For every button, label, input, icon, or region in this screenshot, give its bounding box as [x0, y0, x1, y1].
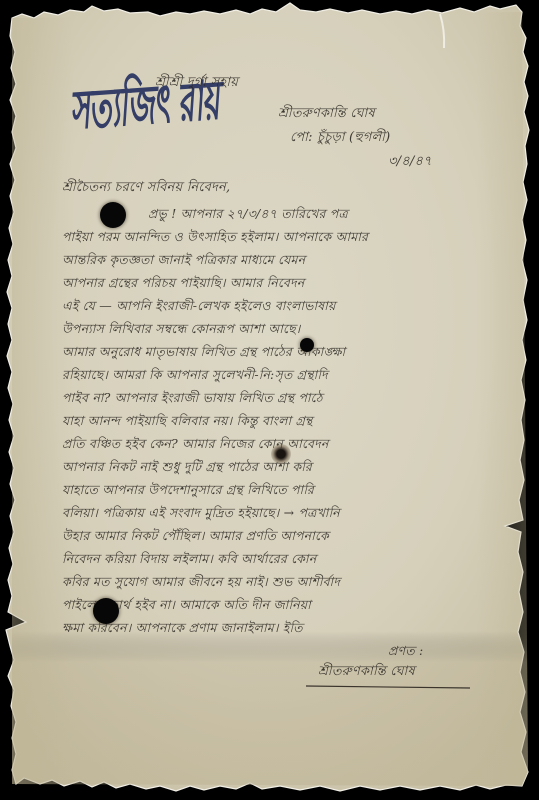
body-line: যাহাতে আপনার উপদেশানুসারে গ্রন্থ লিখিতে … [62, 482, 314, 502]
salutation: শ্রীচৈতন্য চরণে সবিনয় নিবেদন, [62, 178, 230, 199]
invocation-line: শ্রীশ্রী দুর্গা সহায় [155, 73, 238, 94]
body-line: রহিয়াছে। আমরা কি আপনার সুলেখনী-নি:সৃত গ… [62, 367, 328, 387]
body-line: পাইয়া পরম আনন্দিত ও উৎসাহিত হইলাম। আপনা… [62, 229, 368, 249]
body-line: উপন্যাস লিখিবার সম্বন্ধে কোনরূপ আশা আছে। [62, 321, 300, 341]
body-line: পাইব না? আপনার ইংরাজী ভাষায় লিখিত গ্রন্… [62, 390, 323, 410]
body-line: এই যে — আপনি ইংরাজী-লেখক হইলেও বাংলাভাষা… [62, 298, 336, 318]
burn-mark [271, 444, 291, 464]
punch-hole-bottom [93, 598, 119, 624]
sender-name: শ্রীতরুণকান্তি ঘোষ [278, 104, 375, 125]
punch-hole-top [100, 202, 126, 228]
letter-date: ৩/৪/৪৭ [388, 152, 432, 173]
body-line: প্রভু ! আপনার ২৭/৩/৪৭ তারিখের পত্র [148, 206, 348, 226]
body-line: বলিয়া। পত্রিকায় এই সংবাদ মুদ্রিত হইয়া… [62, 505, 340, 525]
closing: প্রণত : [388, 643, 423, 663]
letter-content: সত্যজিৎ রায় শ্রীশ্রী দুর্গা সহায় শ্রীত… [0, 0, 539, 800]
body-line: কবির মত সুযোগ আমার জীবনে হয় নাই। শুভ আশ… [62, 574, 340, 594]
body-line: ক্ষমা করিবেন। আপনাকে প্রণাম জানাইলাম। ইত… [62, 620, 303, 640]
writer-signature: শ্রীতরুণকান্তি ঘোষ [318, 662, 415, 683]
punch-hole-middle [300, 338, 314, 352]
body-line: নিবেদন করিয়া বিদায় লইলাম। কবি আর্থারের… [62, 551, 316, 571]
body-line: যাহা আনন্দ পাইয়াছি বলিবার নয়। কিন্তু ব… [62, 413, 313, 433]
body-line: উহার আমার নিকট পৌঁছিল। আমার প্রণতি আপনাক… [62, 528, 329, 548]
body-line: আন্তরিক কৃতজ্ঞতা জানাই পত্রিকার মাধ্যমে … [62, 252, 305, 272]
sender-address: পো: চুঁচুড়া (হুগলী) [290, 128, 390, 149]
body-line: আপনার গ্রন্থের পরিচয় পাইয়াছি। আমার নিব… [62, 275, 304, 295]
